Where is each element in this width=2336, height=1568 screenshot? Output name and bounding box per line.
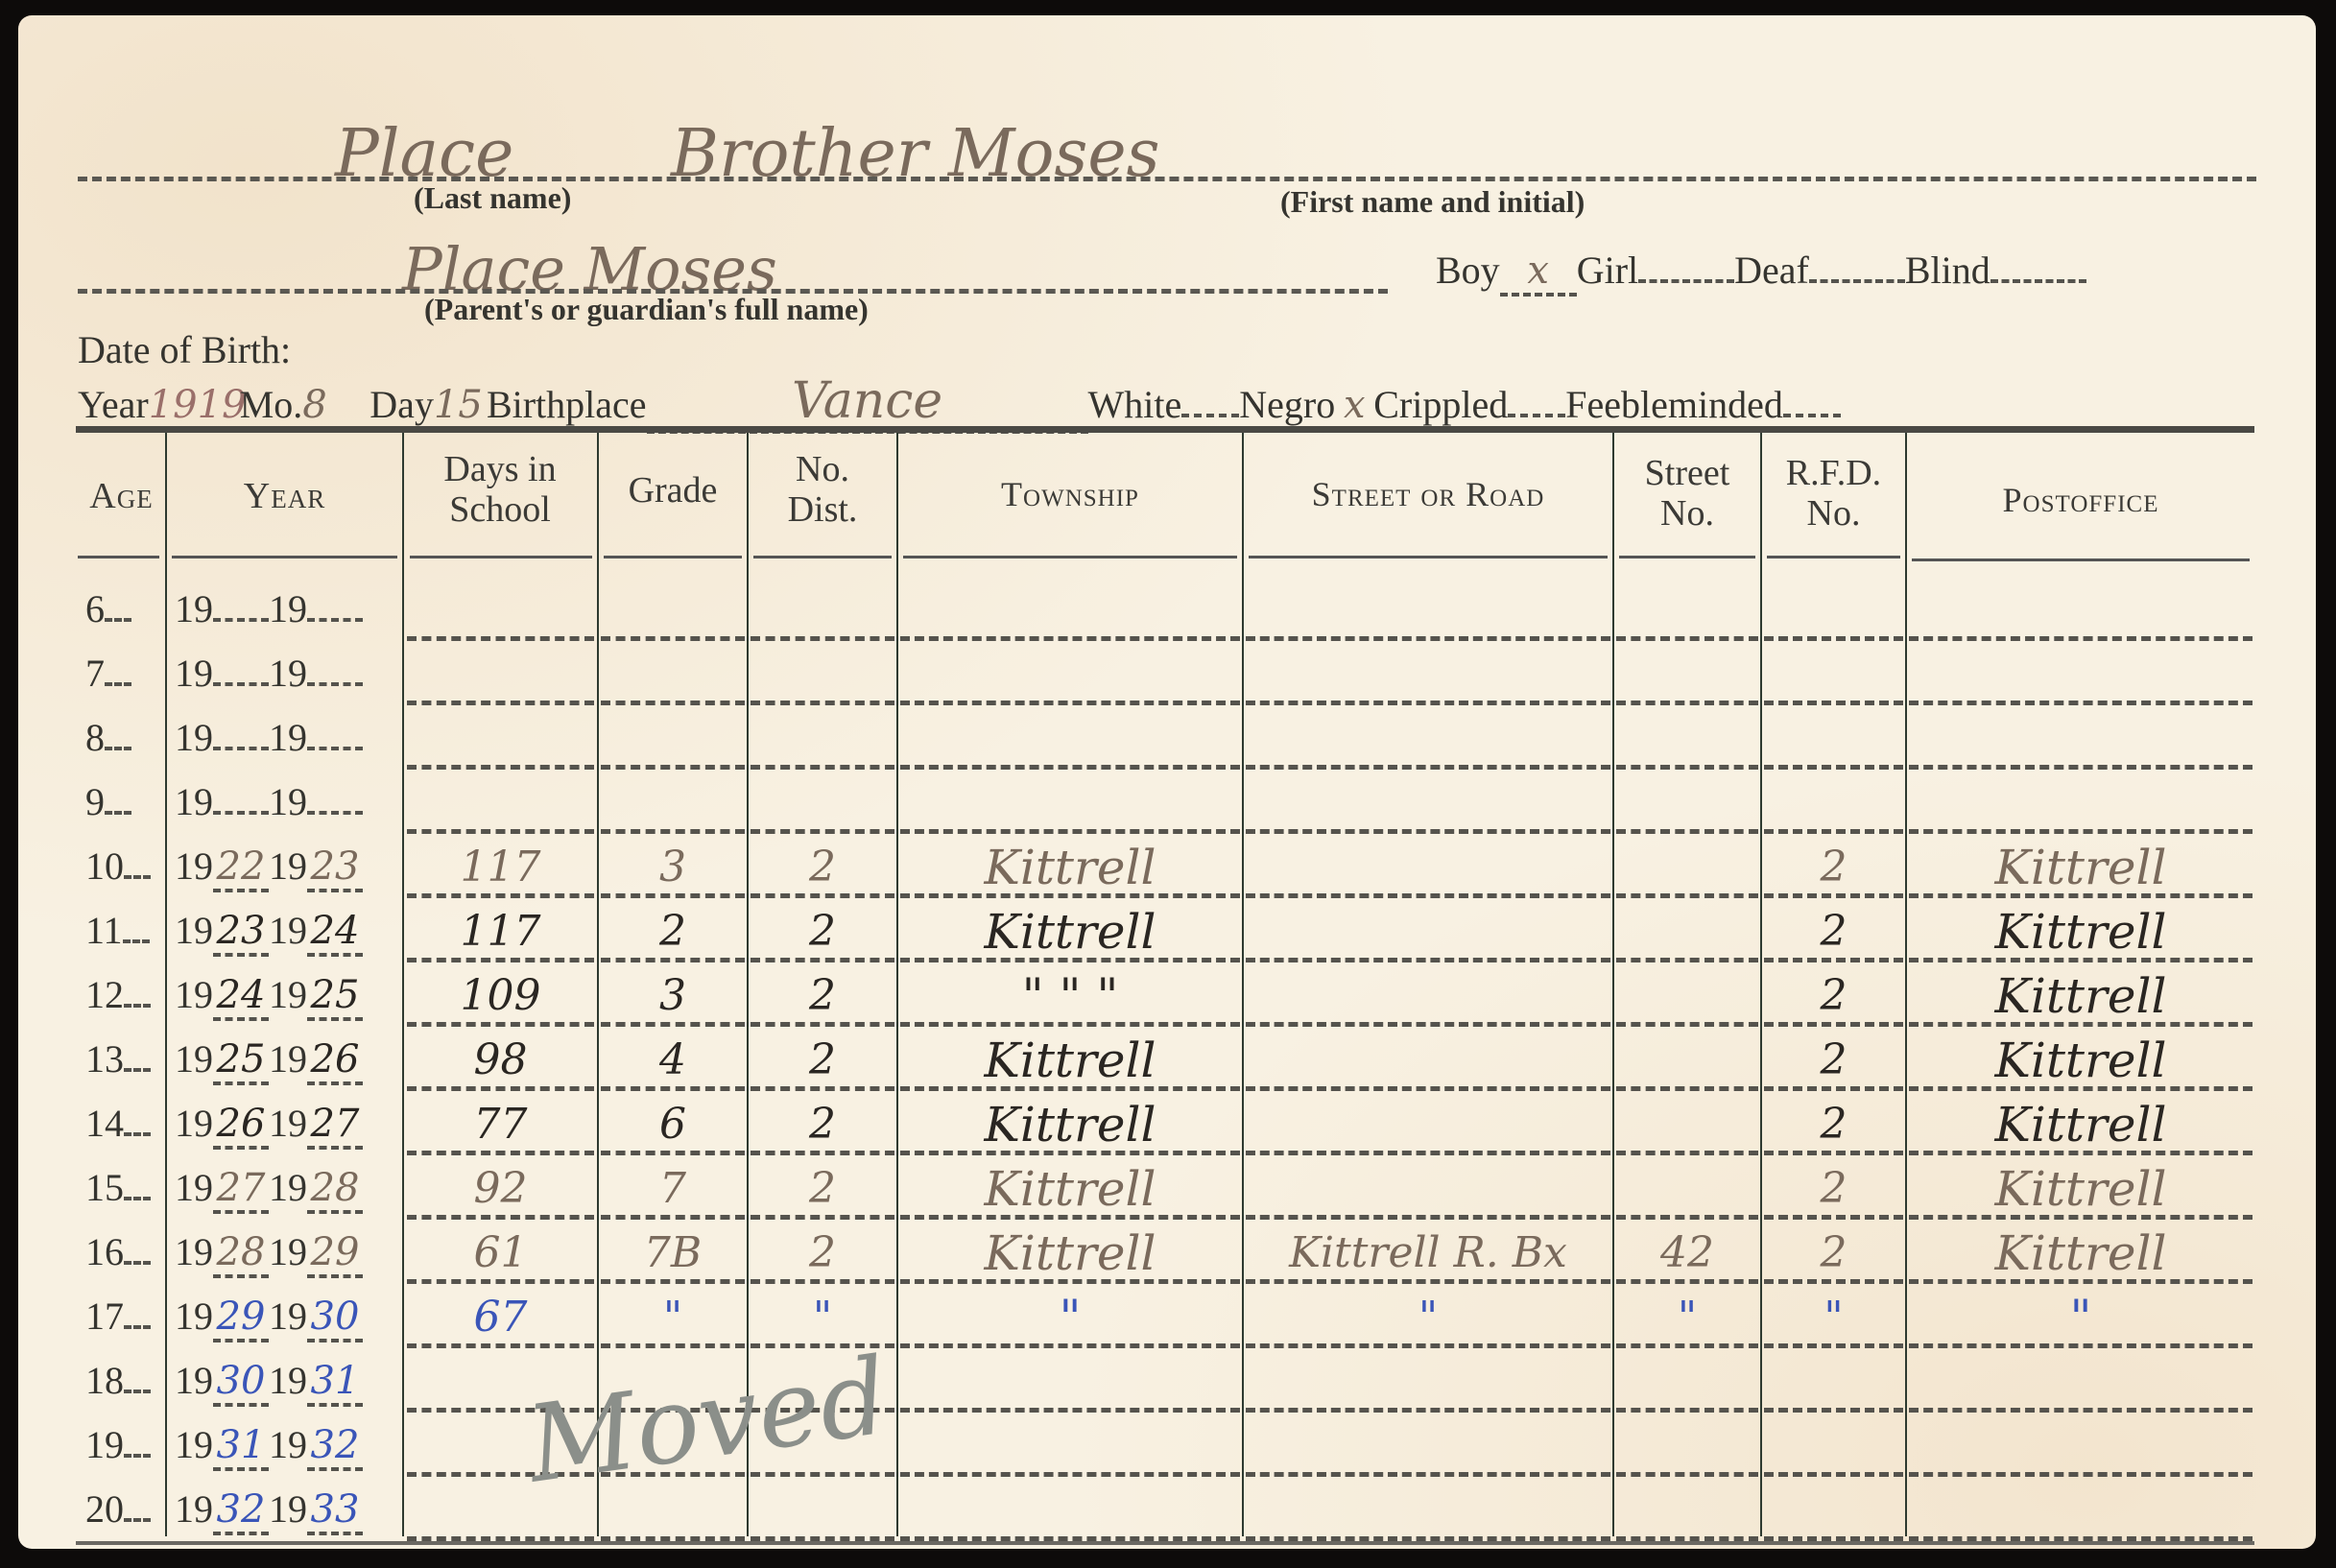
postoffice-cell[interactable] — [1909, 1486, 2253, 1541]
col-divider — [1612, 433, 1614, 1536]
dist-cell[interactable]: 2 — [751, 1229, 894, 1284]
deaf-label: Deaf — [1734, 249, 1809, 292]
header-township: Township — [898, 474, 1242, 514]
dist-value: 2 — [809, 1164, 836, 1213]
streetno-cell[interactable] — [1616, 1422, 1758, 1477]
year-end-prefix: 19 — [269, 1359, 307, 1402]
streetno-cell[interactable] — [1616, 1165, 1758, 1220]
grade-cell[interactable]: 3 — [601, 972, 745, 1027]
year-cell[interactable]: 1919 — [175, 586, 363, 631]
year-cell[interactable]: 19231924 — [175, 908, 363, 957]
dist-cell[interactable] — [751, 715, 894, 770]
street-cell[interactable]: " — [1246, 1294, 1610, 1348]
streetno-cell[interactable] — [1616, 908, 1758, 962]
header-days-in-school: Days in School — [404, 449, 596, 530]
year-start-prefix: 19 — [175, 909, 213, 952]
year-end-value[interactable]: 24 — [307, 909, 363, 957]
age-cell: 16 — [85, 1229, 162, 1274]
guardian-label: (Parent's or guardian's full name) — [424, 292, 869, 327]
township-cell[interactable] — [900, 651, 1240, 705]
dist-cell[interactable]: 2 — [751, 908, 894, 962]
year-label: Year — [78, 383, 149, 426]
age-cell: 17 — [85, 1294, 162, 1339]
street-cell[interactable] — [1246, 1422, 1610, 1477]
year-start-prefix: 19 — [175, 1037, 213, 1081]
year-end-prefix: 19 — [269, 1230, 307, 1273]
township-value: Kittrell — [984, 1033, 1156, 1088]
township-cell[interactable]: Kittrell — [900, 1229, 1240, 1284]
dist-cell[interactable]: 2 — [751, 972, 894, 1027]
days-cell[interactable]: 98 — [407, 1036, 594, 1091]
dist-cell[interactable]: 2 — [751, 1165, 894, 1220]
grade-cell[interactable] — [601, 779, 745, 834]
dist-cell[interactable]: 2 — [751, 843, 894, 898]
days-cell[interactable]: 67 — [407, 1294, 594, 1348]
rfd-value: 2 — [1821, 1164, 1847, 1213]
days-cell[interactable]: 117 — [407, 908, 594, 962]
col-divider — [1242, 433, 1244, 1536]
rfd-cell[interactable]: 2 — [1764, 908, 1903, 962]
year-end-value[interactable]: 25 — [307, 973, 363, 1021]
street-cell[interactable] — [1246, 715, 1610, 770]
year-start-value[interactable]: 23 — [213, 909, 269, 957]
streetno-cell[interactable] — [1616, 586, 1758, 641]
township-cell[interactable]: Kittrell — [900, 843, 1240, 898]
postoffice-value: Kittrell — [1994, 1161, 2166, 1217]
header-rfd-line1: R.F.D. — [1762, 453, 1905, 493]
day-label: Day — [369, 383, 434, 426]
header-rule — [1249, 556, 1608, 558]
township-cell[interactable]: " " " — [900, 972, 1240, 1027]
header-days-line2: School — [404, 489, 596, 530]
postoffice-cell[interactable] — [1909, 1422, 2253, 1477]
postoffice-cell[interactable] — [1909, 779, 2253, 834]
grade-cell[interactable] — [601, 586, 745, 641]
days-cell[interactable]: 61 — [407, 1229, 594, 1284]
negro-checkbox[interactable]: x — [1335, 383, 1373, 431]
age-cell: 8 — [85, 715, 162, 760]
girl-checkbox[interactable] — [1638, 279, 1734, 283]
year-start-prefix: 19 — [175, 844, 213, 888]
rfd-cell[interactable] — [1764, 1486, 1903, 1541]
year-start-value[interactable]: 22 — [213, 844, 269, 892]
days-cell[interactable] — [407, 651, 594, 705]
header-postoffice: Postoffice — [1907, 480, 2254, 520]
street-cell[interactable] — [1246, 908, 1610, 962]
days-value: 77 — [474, 1100, 528, 1149]
rfd-cell[interactable] — [1764, 779, 1903, 834]
header-rule — [903, 556, 1237, 558]
township-cell[interactable] — [900, 779, 1240, 834]
rfd-cell[interactable] — [1764, 586, 1903, 641]
year-end-prefix: 19 — [269, 716, 307, 759]
dist-value: 2 — [809, 1228, 836, 1277]
postoffice-cell[interactable] — [1909, 586, 2253, 641]
postoffice-value: " — [2070, 1290, 2092, 1345]
grade-cell[interactable]: " — [601, 1294, 745, 1348]
days-cell[interactable] — [407, 586, 594, 641]
birthplace-label: Birthplace — [487, 383, 647, 426]
streetno-value: " — [1678, 1293, 1697, 1342]
postoffice-cell[interactable]: " — [1909, 1294, 2253, 1348]
deaf-checkbox[interactable] — [1809, 279, 1905, 283]
streetno-cell[interactable]: " — [1616, 1294, 1758, 1348]
grade-value: 7B — [644, 1228, 702, 1277]
birth-month-value: 8 — [302, 383, 369, 431]
year-end-value[interactable] — [307, 811, 363, 815]
year-end-prefix: 19 — [269, 780, 307, 823]
header-rule — [1767, 556, 1900, 558]
streetno-cell[interactable] — [1616, 1486, 1758, 1541]
year-start-prefix: 19 — [175, 716, 213, 759]
street-cell[interactable] — [1246, 1036, 1610, 1091]
rfd-value: 2 — [1821, 843, 1847, 891]
year-start-value[interactable]: 25 — [213, 1037, 269, 1085]
postoffice-cell[interactable]: Kittrell — [1909, 843, 2253, 898]
header-rule — [604, 556, 742, 558]
header-rfd-line2: No. — [1762, 493, 1905, 534]
township-value: Kittrell — [984, 904, 1156, 960]
dist-value: 2 — [809, 1035, 836, 1084]
street-cell[interactable] — [1246, 651, 1610, 705]
rfd-value: 2 — [1821, 1035, 1847, 1084]
birth-day-value: 15 — [434, 383, 487, 431]
postoffice-value: Kittrell — [1994, 1033, 2166, 1088]
postoffice-cell[interactable]: Kittrell — [1909, 908, 2253, 962]
rfd-cell[interactable] — [1764, 715, 1903, 770]
grade-cell[interactable] — [601, 1486, 745, 1541]
year-end-value[interactable]: 23 — [307, 844, 363, 892]
birth-year-value: 1919 — [149, 383, 240, 431]
year-end-value[interactable]: 32 — [307, 1423, 363, 1471]
rfd-value: 2 — [1821, 1228, 1847, 1277]
header-grade: Grade — [599, 470, 747, 511]
year-start-value[interactable] — [213, 747, 269, 750]
rfd-value: " — [1824, 1293, 1843, 1342]
blind-checkbox[interactable] — [1990, 279, 2086, 283]
year-start-value[interactable] — [213, 811, 269, 815]
township-cell[interactable] — [900, 715, 1240, 770]
year-end-prefix: 19 — [269, 1487, 307, 1531]
year-end-prefix: 19 — [269, 1295, 307, 1338]
days-value: 117 — [461, 907, 541, 956]
days-value: 61 — [474, 1228, 528, 1277]
year-end-prefix: 19 — [269, 973, 307, 1016]
rfd-cell[interactable] — [1764, 1422, 1903, 1477]
grade-cell[interactable] — [601, 715, 745, 770]
age-cell: 14 — [85, 1101, 162, 1146]
streetno-cell[interactable] — [1616, 651, 1758, 705]
township-value: Kittrell — [984, 840, 1156, 895]
col-divider — [1760, 433, 1762, 1536]
days-value: 109 — [461, 971, 541, 1020]
days-cell[interactable] — [407, 715, 594, 770]
rfd-cell[interactable] — [1764, 651, 1903, 705]
year-start-prefix: 19 — [175, 973, 213, 1016]
header-rule — [78, 556, 159, 558]
year-end-value[interactable] — [307, 747, 363, 750]
year-start-value[interactable]: 24 — [213, 973, 269, 1021]
streetno-cell[interactable] — [1616, 843, 1758, 898]
rfd-cell[interactable]: 2 — [1764, 843, 1903, 898]
year-end-value[interactable]: 30 — [307, 1295, 363, 1342]
street-cell[interactable] — [1246, 1165, 1610, 1220]
grade-cell[interactable]: 3 — [601, 843, 745, 898]
year-cell[interactable]: 19271928 — [175, 1165, 363, 1214]
year-start-prefix: 19 — [175, 780, 213, 823]
grade-value: 3 — [659, 843, 686, 891]
year-start-prefix: 19 — [175, 1487, 213, 1531]
rfd-cell[interactable]: 2 — [1764, 1165, 1903, 1220]
rfd-value: 2 — [1821, 907, 1847, 956]
year-start-prefix: 19 — [175, 587, 213, 630]
year-cell[interactable]: 19241925 — [175, 972, 363, 1021]
age-cell: 6 — [85, 586, 162, 631]
year-start-value[interactable] — [213, 682, 269, 686]
year-cell[interactable]: 1919 — [175, 779, 363, 824]
rfd-value: 2 — [1821, 971, 1847, 1020]
township-value: " " " — [1022, 968, 1119, 1024]
first-name-label: (First name and initial) — [1280, 184, 1585, 220]
township-cell[interactable] — [900, 586, 1240, 641]
postoffice-cell[interactable]: Kittrell — [1909, 1036, 2253, 1091]
year-cell[interactable]: 19291930 — [175, 1294, 363, 1342]
white-label: White — [1088, 383, 1182, 426]
col-divider — [597, 433, 599, 1536]
header-age: Age — [76, 476, 167, 516]
header-streetno-line1: Street — [1614, 453, 1760, 493]
year-cell[interactable]: 1919 — [175, 715, 363, 760]
year-end-value[interactable]: 27 — [307, 1102, 363, 1150]
age-cell: 12 — [85, 972, 162, 1017]
grade-cell[interactable]: 6 — [601, 1101, 745, 1155]
year-start-value[interactable] — [213, 618, 269, 622]
dist-cell[interactable] — [751, 779, 894, 834]
days-value: 117 — [461, 843, 541, 891]
streetno-cell[interactable] — [1616, 1036, 1758, 1091]
header-year: Year — [167, 476, 402, 516]
blind-label: Blind — [1905, 249, 1990, 292]
header-days-line1: Days in — [404, 449, 596, 489]
table-bottom-rule — [76, 1541, 2254, 1545]
header-dist: No. Dist. — [749, 449, 896, 530]
township-cell[interactable] — [900, 1358, 1240, 1413]
street-cell[interactable] — [1246, 972, 1610, 1027]
last-name-label: (Last name) — [414, 180, 571, 216]
dist-cell[interactable] — [751, 651, 894, 705]
days-value: 92 — [474, 1164, 528, 1213]
header-streetno-line2: No. — [1614, 493, 1760, 534]
township-cell[interactable]: " — [900, 1294, 1240, 1348]
age-cell: 18 — [85, 1358, 162, 1403]
postoffice-cell[interactable] — [1909, 1358, 2253, 1413]
year-start-value[interactable]: 32 — [213, 1487, 269, 1535]
name-line — [78, 177, 2256, 181]
days-cell[interactable]: 77 — [407, 1101, 594, 1155]
year-end-value[interactable]: 28 — [307, 1166, 363, 1214]
postoffice-value: Kittrell — [1994, 1225, 2166, 1281]
grade-value: 4 — [659, 1035, 686, 1084]
header-rule — [410, 556, 592, 558]
grade-value: 7 — [659, 1164, 686, 1213]
street-cell[interactable] — [1246, 1358, 1610, 1413]
grade-cell[interactable]: 7 — [601, 1165, 745, 1220]
feebleminded-label: Feebleminded — [1565, 383, 1783, 426]
year-start-value[interactable]: 30 — [213, 1359, 269, 1407]
postoffice-cell[interactable] — [1909, 715, 2253, 770]
township-cell[interactable]: Kittrell — [900, 1165, 1240, 1220]
year-end-value[interactable]: 29 — [307, 1230, 363, 1278]
township-cell[interactable]: Kittrell — [900, 1036, 1240, 1091]
grade-value: " — [663, 1293, 682, 1342]
grade-cell[interactable]: 2 — [601, 908, 745, 962]
rfd-cell[interactable]: 2 — [1764, 972, 1903, 1027]
streetno-value: 42 — [1660, 1228, 1714, 1277]
postoffice-cell[interactable]: Kittrell — [1909, 1101, 2253, 1155]
dist-cell[interactable] — [751, 1486, 894, 1541]
year-end-value[interactable] — [307, 682, 363, 686]
header-rule — [753, 556, 892, 558]
year-start-prefix: 19 — [175, 1166, 213, 1209]
streetno-cell[interactable] — [1616, 972, 1758, 1027]
days-value: 67 — [474, 1293, 528, 1342]
negro-label: Negro — [1239, 383, 1335, 426]
postoffice-cell[interactable] — [1909, 651, 2253, 705]
street-cell[interactable] — [1246, 1101, 1610, 1155]
year-end-value[interactable]: 33 — [307, 1487, 363, 1535]
street-value: Kittrell R. Bx — [1289, 1228, 1567, 1277]
dob-row: Year1919Mo.8Day15BirthplaceVanceWhiteNeg… — [78, 372, 1841, 434]
year-cell[interactable]: 19281929 — [175, 1229, 363, 1278]
year-start-value[interactable]: 31 — [213, 1423, 269, 1471]
year-cell[interactable]: 19301931 — [175, 1358, 363, 1407]
street-value: " — [1418, 1293, 1438, 1342]
dob-heading: Date of Birth: — [78, 327, 291, 372]
township-value: Kittrell — [984, 1161, 1156, 1217]
streetno-cell[interactable] — [1616, 1101, 1758, 1155]
header-street-or-road: Street or Road — [1244, 474, 1612, 514]
rfd-cell[interactable]: 2 — [1764, 1036, 1903, 1091]
rfd-cell[interactable] — [1764, 1358, 1903, 1413]
year-end-prefix: 19 — [269, 652, 307, 695]
crippled-checkbox[interactable] — [1508, 414, 1565, 417]
year-start-prefix: 19 — [175, 1359, 213, 1402]
year-end-prefix: 19 — [269, 587, 307, 630]
dist-cell[interactable] — [751, 586, 894, 641]
dist-value: 2 — [809, 907, 836, 956]
year-end-prefix: 19 — [269, 1166, 307, 1209]
rfd-cell[interactable]: " — [1764, 1294, 1903, 1348]
table-top-rule — [76, 426, 2254, 433]
year-end-value[interactable]: 31 — [307, 1359, 363, 1407]
township-cell[interactable]: Kittrell — [900, 1101, 1240, 1155]
year-start-value[interactable]: 28 — [213, 1230, 269, 1278]
dist-cell[interactable]: 2 — [751, 1101, 894, 1155]
header-rule — [172, 556, 397, 558]
boy-checkbox[interactable]: x — [1500, 249, 1577, 297]
days-cell[interactable] — [407, 779, 594, 834]
col-divider — [402, 433, 404, 1536]
rfd-cell[interactable]: 2 — [1764, 1229, 1903, 1284]
year-cell[interactable]: 19311932 — [175, 1422, 363, 1471]
year-start-value[interactable]: 26 — [213, 1102, 269, 1150]
year-start-value[interactable]: 27 — [213, 1166, 269, 1214]
dist-value: 2 — [809, 971, 836, 1020]
white-checkbox[interactable] — [1181, 414, 1239, 417]
year-cell[interactable]: 19251926 — [175, 1036, 363, 1085]
dist-value: 2 — [809, 1100, 836, 1149]
age-cell: 15 — [85, 1165, 162, 1210]
postoffice-value: Kittrell — [1994, 1097, 2166, 1152]
header-rfd-no: R.F.D. No. — [1762, 453, 1905, 534]
postoffice-cell[interactable]: Kittrell — [1909, 1229, 2253, 1284]
grade-cell[interactable]: 7B — [601, 1229, 745, 1284]
street-cell[interactable] — [1246, 1486, 1610, 1541]
year-start-prefix: 19 — [175, 652, 213, 695]
grade-cell[interactable]: 4 — [601, 1036, 745, 1091]
street-cell[interactable] — [1246, 586, 1610, 641]
rfd-value: 2 — [1821, 1100, 1847, 1149]
streetno-cell[interactable] — [1616, 779, 1758, 834]
grade-cell[interactable] — [601, 651, 745, 705]
streetno-cell[interactable] — [1616, 715, 1758, 770]
rfd-cell[interactable]: 2 — [1764, 1101, 1903, 1155]
age-cell: 7 — [85, 651, 162, 696]
header-dist-line1: No. — [749, 449, 896, 489]
township-value: Kittrell — [984, 1097, 1156, 1152]
street-cell[interactable] — [1246, 843, 1610, 898]
feebleminded-checkbox[interactable] — [1783, 414, 1841, 417]
month-label: Mo. — [240, 383, 303, 426]
year-end-prefix: 19 — [269, 909, 307, 952]
year-end-prefix: 19 — [269, 1037, 307, 1081]
dist-cell[interactable]: 2 — [751, 1036, 894, 1091]
postoffice-value: Kittrell — [1994, 840, 2166, 895]
col-divider — [165, 433, 167, 1536]
boy-label: Boy — [1436, 249, 1500, 292]
header-rule — [1619, 556, 1755, 558]
year-cell[interactable]: 19261927 — [175, 1101, 363, 1150]
birthplace-value: Vance — [647, 372, 1088, 434]
age-cell: 10 — [85, 843, 162, 889]
days-cell[interactable]: 92 — [407, 1165, 594, 1220]
postoffice-cell[interactable]: Kittrell — [1909, 1165, 2253, 1220]
year-cell[interactable]: 19221923 — [175, 843, 363, 892]
township-cell[interactable] — [900, 1486, 1240, 1541]
year-end-value[interactable] — [307, 618, 363, 622]
year-end-value[interactable]: 26 — [307, 1037, 363, 1085]
year-end-prefix: 19 — [269, 1102, 307, 1145]
township-cell[interactable]: Kittrell — [900, 908, 1240, 962]
year-cell[interactable]: 1919 — [175, 651, 363, 696]
year-start-prefix: 19 — [175, 1230, 213, 1273]
year-start-value[interactable]: 29 — [213, 1295, 269, 1342]
age-cell: 19 — [85, 1422, 162, 1467]
postoffice-cell[interactable]: Kittrell — [1909, 972, 2253, 1027]
township-value: " — [1060, 1290, 1082, 1345]
street-cell[interactable] — [1246, 779, 1610, 834]
street-cell[interactable]: Kittrell R. Bx — [1246, 1229, 1610, 1284]
dist-value: 2 — [809, 843, 836, 891]
township-cell[interactable] — [900, 1422, 1240, 1477]
streetno-cell[interactable]: 42 — [1616, 1229, 1758, 1284]
streetno-cell[interactable] — [1616, 1358, 1758, 1413]
days-cell[interactable]: 109 — [407, 972, 594, 1027]
year-cell[interactable]: 19321933 — [175, 1486, 363, 1535]
days-cell[interactable]: 117 — [407, 843, 594, 898]
col-divider — [1905, 433, 1907, 1536]
grade-value: 6 — [659, 1100, 686, 1149]
